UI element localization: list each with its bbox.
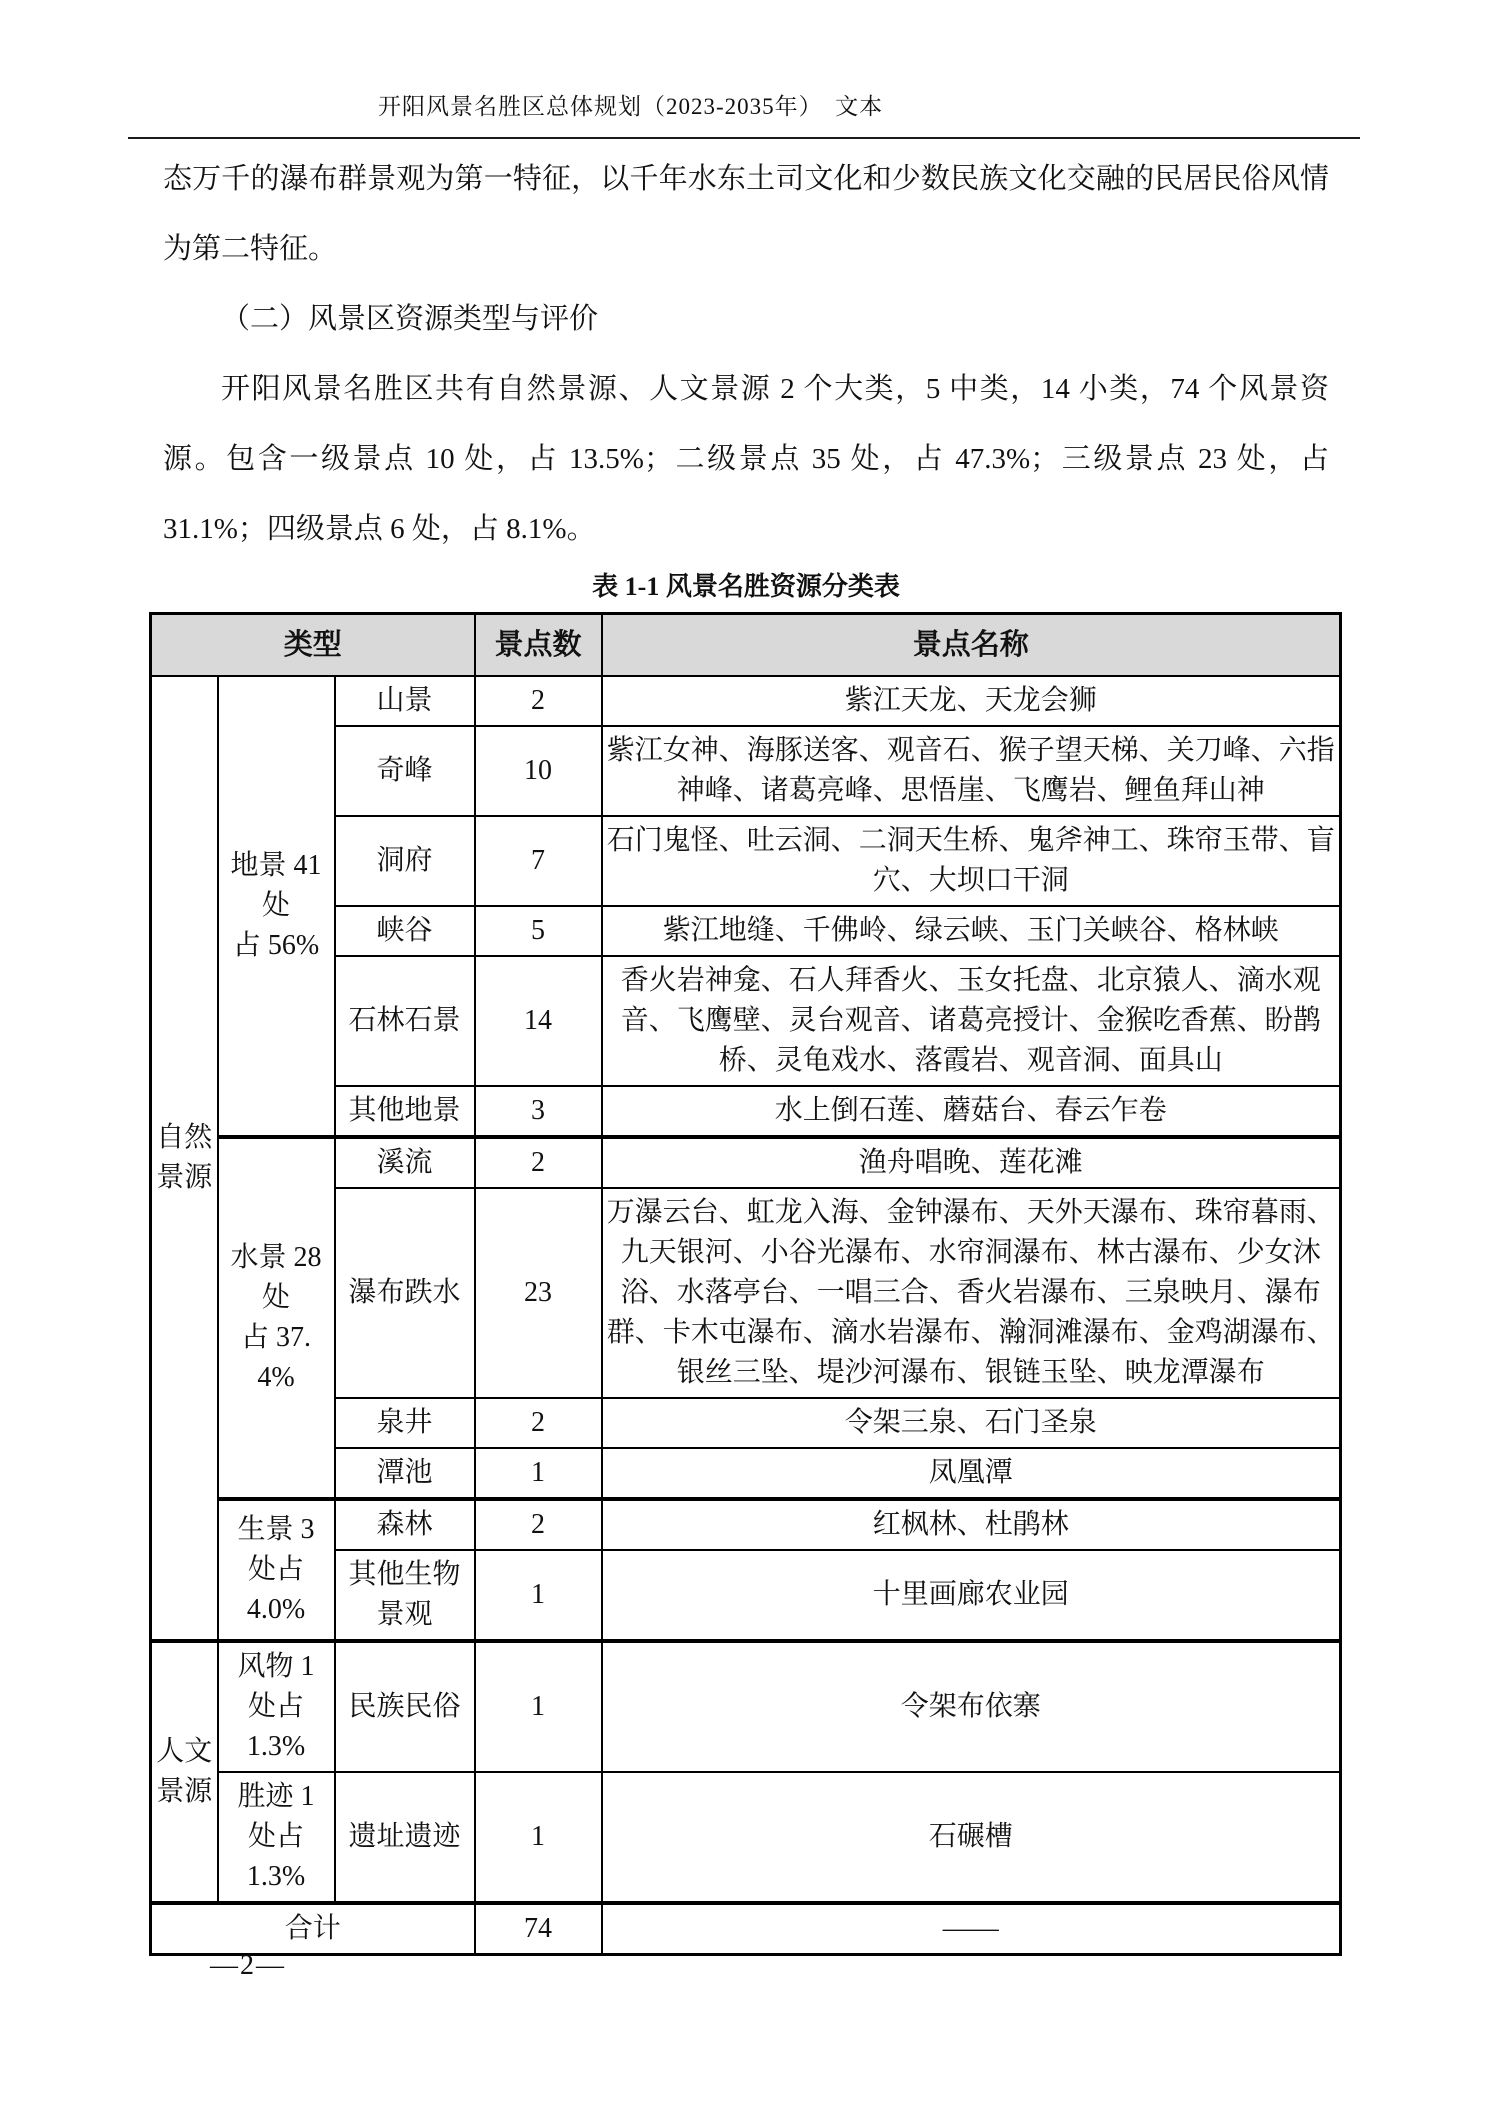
cell-names: 红枫林、杜鹃林 [602,1499,1341,1550]
cell-names: 紫江女神、海豚送客、观音石、猴子望天梯、关刀峰、六指神峰、诸葛亮峰、思悟崖、飞鹰… [602,726,1341,816]
cell-names: 紫江天龙、天龙会狮 [602,676,1341,726]
cell-kind: 奇峰 [335,726,475,816]
cell-names: 石门鬼怪、吐云洞、二洞天生桥、鬼斧神工、珠帘玉带、盲穴、大坝口干洞 [602,816,1341,906]
resource-classification-table: 类型 景点数 景点名称 自然景源 地景 41 处 占 56% 山景 2 紫江天龙… [149,612,1342,1956]
cell-names: 渔舟唱晚、莲花滩 [602,1137,1341,1188]
cell-names: 万瀑云台、虹龙入海、金钟瀑布、天外天瀑布、珠帘暮雨、九天银河、小谷光瀑布、水帘洞… [602,1188,1341,1398]
cell-kind: 石林石景 [335,956,475,1086]
total-label-cell: 合计 [151,1903,475,1955]
cell-kind: 泉井 [335,1398,475,1448]
table-row: 水景 28 处 占 37.4% 溪流 2 渔舟唱晚、莲花滩 [151,1137,1341,1188]
table-total-row: 合计 74 —— [151,1903,1341,1955]
subcategory-cell-shengjing: 生景 3 处占 4.0% [218,1499,335,1641]
cell-kind: 山景 [335,676,475,726]
header-rule [128,137,1360,139]
cell-count: 2 [475,1398,602,1448]
total-count-cell: 74 [475,1903,602,1955]
cell-count: 1 [475,1550,602,1641]
paragraph: 态万千的瀑布群景观为第一特征，以千年水东土司文化和少数民族文化交融的民居民俗风情… [163,144,1329,284]
paragraph: 开阳风景名胜区共有自然景源、人文景源 2 个大类，5 中类，14 小类，74 个… [163,354,1329,564]
table-row: 生景 3 处占 4.0% 森林 2 红枫林、杜鹃林 [151,1499,1341,1550]
cell-kind: 洞府 [335,816,475,906]
cell-count: 1 [475,1448,602,1499]
cell-count: 2 [475,1499,602,1550]
cell-count: 14 [475,956,602,1086]
category-cell-natural: 自然景源 [151,676,218,1641]
page-content: 态万千的瀑布群景观为第一特征，以千年水东土司文化和少数民族文化交融的民居民俗风情… [163,144,1329,1956]
cell-count: 3 [475,1086,602,1137]
cell-names: 令架三泉、石门圣泉 [602,1398,1341,1448]
header-cell-name: 景点名称 [602,614,1341,677]
header-cell-type: 类型 [151,614,475,677]
cell-names: 十里画廊农业园 [602,1550,1341,1641]
table-title: 表 1-1 风景名胜资源分类表 [163,568,1329,606]
table-row: 人文景源 风物 1 处占 1.3% 民族民俗 1 令架布依寨 [151,1641,1341,1772]
subcategory-cell-shuijing: 水景 28 处 占 37.4% [218,1137,335,1499]
cell-count: 1 [475,1772,602,1903]
total-names-cell: —— [602,1903,1341,1955]
cell-count: 5 [475,906,602,956]
page-number: —2— [210,1950,286,1982]
cell-kind: 峡谷 [335,906,475,956]
cell-kind: 瀑布跌水 [335,1188,475,1398]
table-row: 自然景源 地景 41 处 占 56% 山景 2 紫江天龙、天龙会狮 [151,676,1341,726]
section-heading: （二）风景区资源类型与评价 [163,284,1329,354]
subcategory-cell-fengwu: 风物 1 处占 1.3% [218,1641,335,1772]
cell-count: 10 [475,726,602,816]
cell-names: 紫江地缝、千佛岭、绿云峡、玉门关峡谷、格林峡 [602,906,1341,956]
cell-names: 水上倒石莲、蘑菇台、春云乍卷 [602,1086,1341,1137]
cell-kind: 溪流 [335,1137,475,1188]
cell-count: 2 [475,676,602,726]
cell-names: 香火岩神龛、石人拜香火、玉女托盘、北京猿人、滴水观音、飞鹰壁、灵台观音、诸葛亮授… [602,956,1341,1086]
cell-count: 23 [475,1188,602,1398]
running-header: 开阳风景名胜区总体规划（2023-2035年） 文本 [378,88,883,121]
cell-names: 令架布依寨 [602,1641,1341,1772]
document-page: 开阳风景名胜区总体规划（2023-2035年） 文本 态万千的瀑布群景观为第一特… [0,0,1488,2104]
subcategory-cell-shengji: 胜迹 1 处占 1.3% [218,1772,335,1903]
table-row: 胜迹 1 处占 1.3% 遗址遗迹 1 石碾槽 [151,1772,1341,1903]
cell-kind: 民族民俗 [335,1641,475,1772]
cell-kind: 森林 [335,1499,475,1550]
cell-kind: 其他生物景观 [335,1550,475,1641]
cell-kind: 遗址遗迹 [335,1772,475,1903]
header-cell-count: 景点数 [475,614,602,677]
category-cell-human: 人文景源 [151,1641,218,1903]
cell-names: 石碾槽 [602,1772,1341,1903]
cell-count: 7 [475,816,602,906]
cell-count: 2 [475,1137,602,1188]
table-header-row: 类型 景点数 景点名称 [151,614,1341,677]
cell-kind: 潭池 [335,1448,475,1499]
subcategory-cell-dijing: 地景 41 处 占 56% [218,676,335,1137]
cell-kind: 其他地景 [335,1086,475,1137]
cell-count: 1 [475,1641,602,1772]
cell-names: 凤凰潭 [602,1448,1341,1499]
